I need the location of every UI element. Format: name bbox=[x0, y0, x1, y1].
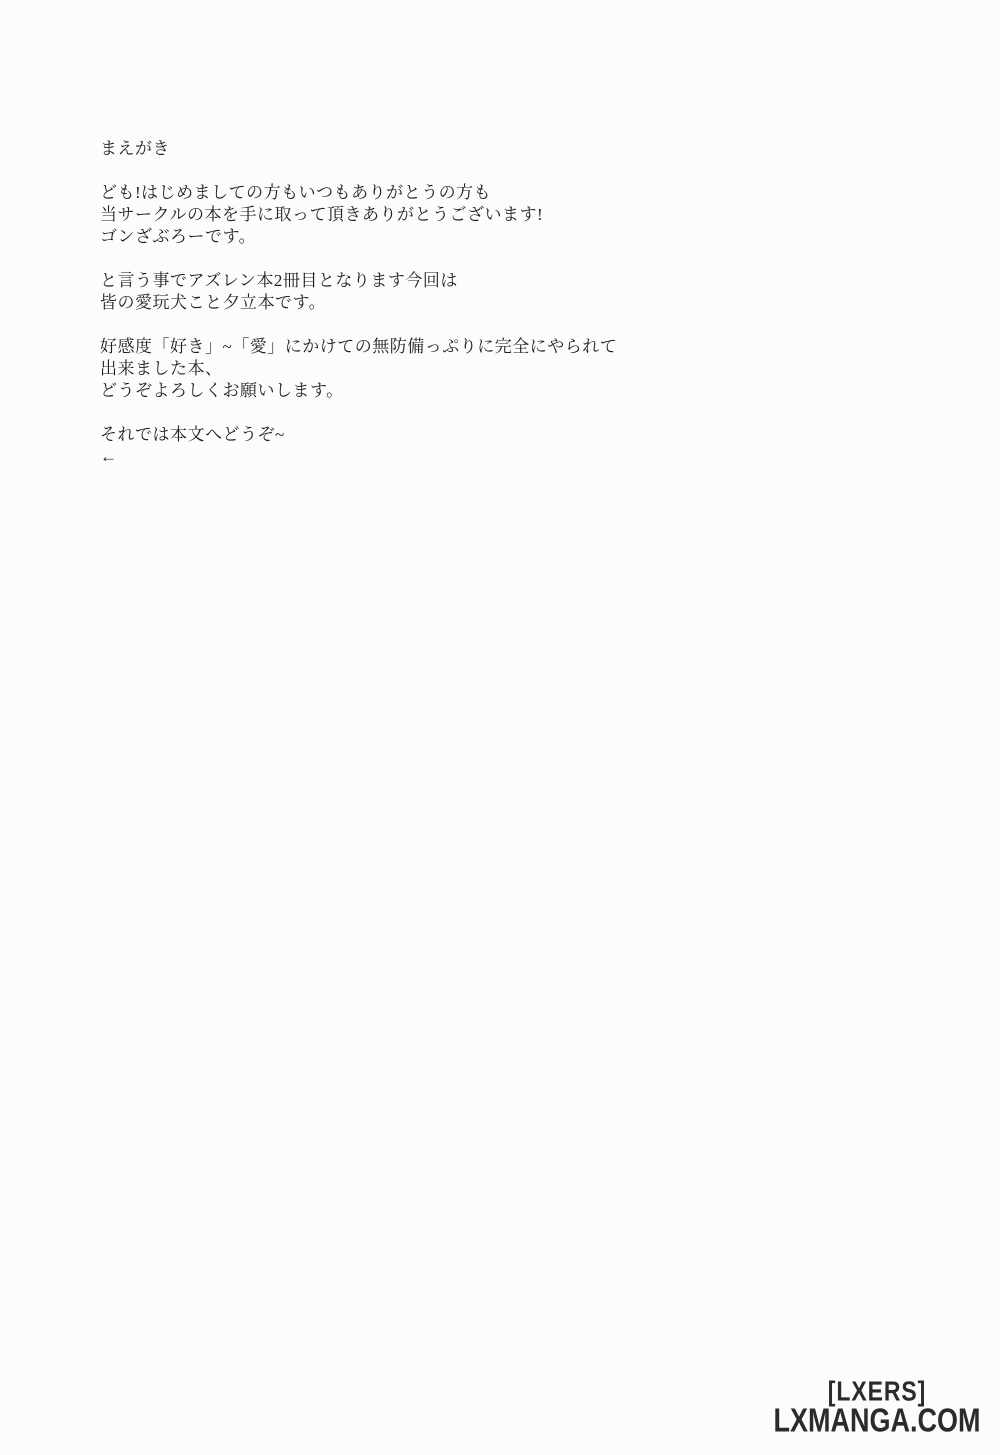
preface-line: と言う事でアズレン本2冊目となります今回は bbox=[100, 270, 617, 292]
preface-title: まえがき bbox=[100, 138, 617, 160]
preface-text-block: まえがき ども!はじめましての方もいつもありがとうの方も 当サークルの本を手に取… bbox=[100, 138, 617, 468]
preface-line: どうぞよろしくお願いします。 bbox=[100, 380, 617, 402]
preface-line: 当サークルの本を手に取って頂きありがとうございます! bbox=[100, 204, 617, 226]
preface-paragraph: ども!はじめましての方もいつもありがとうの方も 当サークルの本を手に取って頂きあ… bbox=[100, 182, 617, 248]
left-arrow-glyph: ← bbox=[100, 446, 617, 468]
preface-line: 好感度「好き」~「愛」にかけての無防備っぷりに完全にやられて bbox=[100, 336, 617, 358]
preface-paragraph: と言う事でアズレン本2冊目となります今回は 皆の愛玩犬こと夕立本です。 bbox=[100, 270, 617, 314]
site-watermark: [LXERS] LXMANGA.COM bbox=[762, 1379, 992, 1439]
preface-line: ども!はじめましての方もいつもありがとうの方も bbox=[100, 182, 617, 204]
preface-paragraph: それでは本文へどうぞ~ ← bbox=[100, 424, 617, 468]
preface-paragraph: 好感度「好き」~「愛」にかけての無防備っぷりに完全にやられて 出来ました本、 ど… bbox=[100, 336, 617, 402]
scanned-doujin-page: まえがき ども!はじめましての方もいつもありがとうの方も 当サークルの本を手に取… bbox=[0, 0, 1000, 1455]
preface-line: それでは本文へどうぞ~ bbox=[100, 424, 617, 446]
preface-line: ゴンざぶろーです。 bbox=[100, 226, 617, 248]
preface-line: 出来ました本、 bbox=[100, 358, 617, 380]
watermark-domain: LXMANGA.COM bbox=[774, 1404, 981, 1439]
preface-line: 皆の愛玩犬こと夕立本です。 bbox=[100, 292, 617, 314]
